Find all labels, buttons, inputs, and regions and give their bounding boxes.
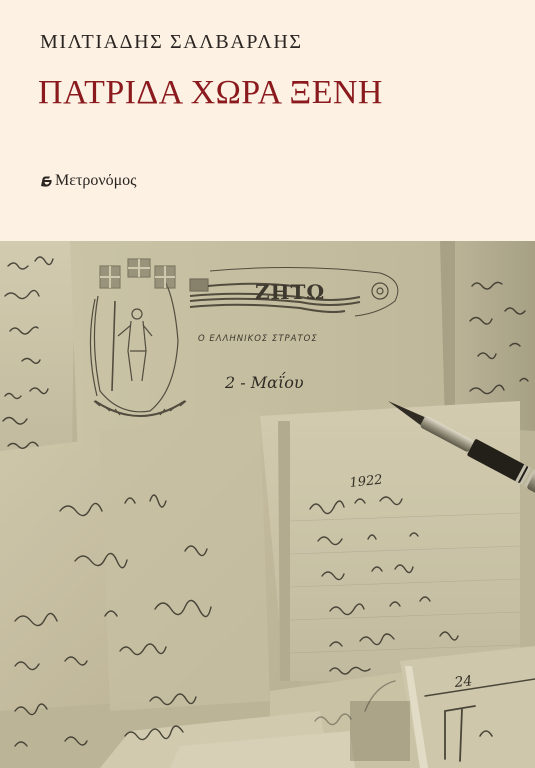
author-name: ΜΙΛΤΙΑΔΗΣ ΣΑΛΒΑΡΛΗΣ: [40, 31, 303, 54]
cover-photo-letters: ΖΗΤΩ Ο ΕΛΛΗΝΙΚΟΣ ΣΤΡΑΤΟΣ 2 - Μαΐου: [0, 241, 535, 768]
book-cover: ΜΙΛΤΙΑΔΗΣ ΣΑΛΒΑΡΛΗΣ ΠΑΤΡΙΔΑ ΧΩΡΑ ΞΕΝΗ Με…: [0, 0, 535, 768]
metronomos-logo-icon: [40, 175, 53, 188]
publisher-name: Μετρονόμος: [55, 172, 137, 190]
publisher: Μετρονόμος: [40, 172, 137, 190]
book-title: ΠΑΤΡΙΔΑ ΧΩΡΑ ΞΕΝΗ: [38, 76, 383, 110]
